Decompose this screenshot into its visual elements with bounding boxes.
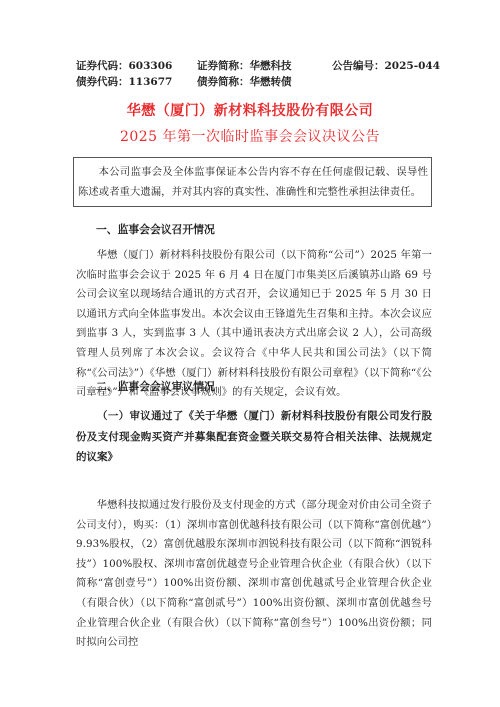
stock-code: 证券代码：603306	[76, 58, 172, 73]
announcement-title: 2025 年第一次临时监事会会议决议公告	[0, 126, 500, 146]
stock-abbreviation: 证券简称：华懋科技	[197, 58, 292, 73]
announcement-number: 公告编号：2025-044	[332, 58, 440, 73]
motion-title: （一）审议通过了《关于华懋（厦门）新材料科技股份有限公司发行股份及支付现金购买资…	[76, 406, 432, 468]
section-heading-meeting-review: 二、监事会会议审议情况	[96, 379, 215, 394]
bond-abbreviation: 债券简称：华懋转债	[197, 74, 292, 89]
company-title: 华懋（厦门）新材料科技股份有限公司	[0, 100, 500, 120]
document-page: 证券代码：603306 证券简称：华懋科技 公告编号：2025-044 债券代码…	[0, 0, 500, 707]
motion-paragraph: 华懋科技拟通过发行股份及支付现金的方式（部分现金对价由公司全资子公司支付），购买…	[76, 496, 432, 653]
bond-code: 债券代码：113677	[76, 74, 172, 89]
section-heading-meeting-convening: 一、监事会会议召开情况	[96, 222, 215, 237]
disclaimer-text: 本公司监事会及全体监事保证本公告内容不存在任何虚假记载、误导性陈述或者重大遗漏，…	[78, 162, 428, 202]
